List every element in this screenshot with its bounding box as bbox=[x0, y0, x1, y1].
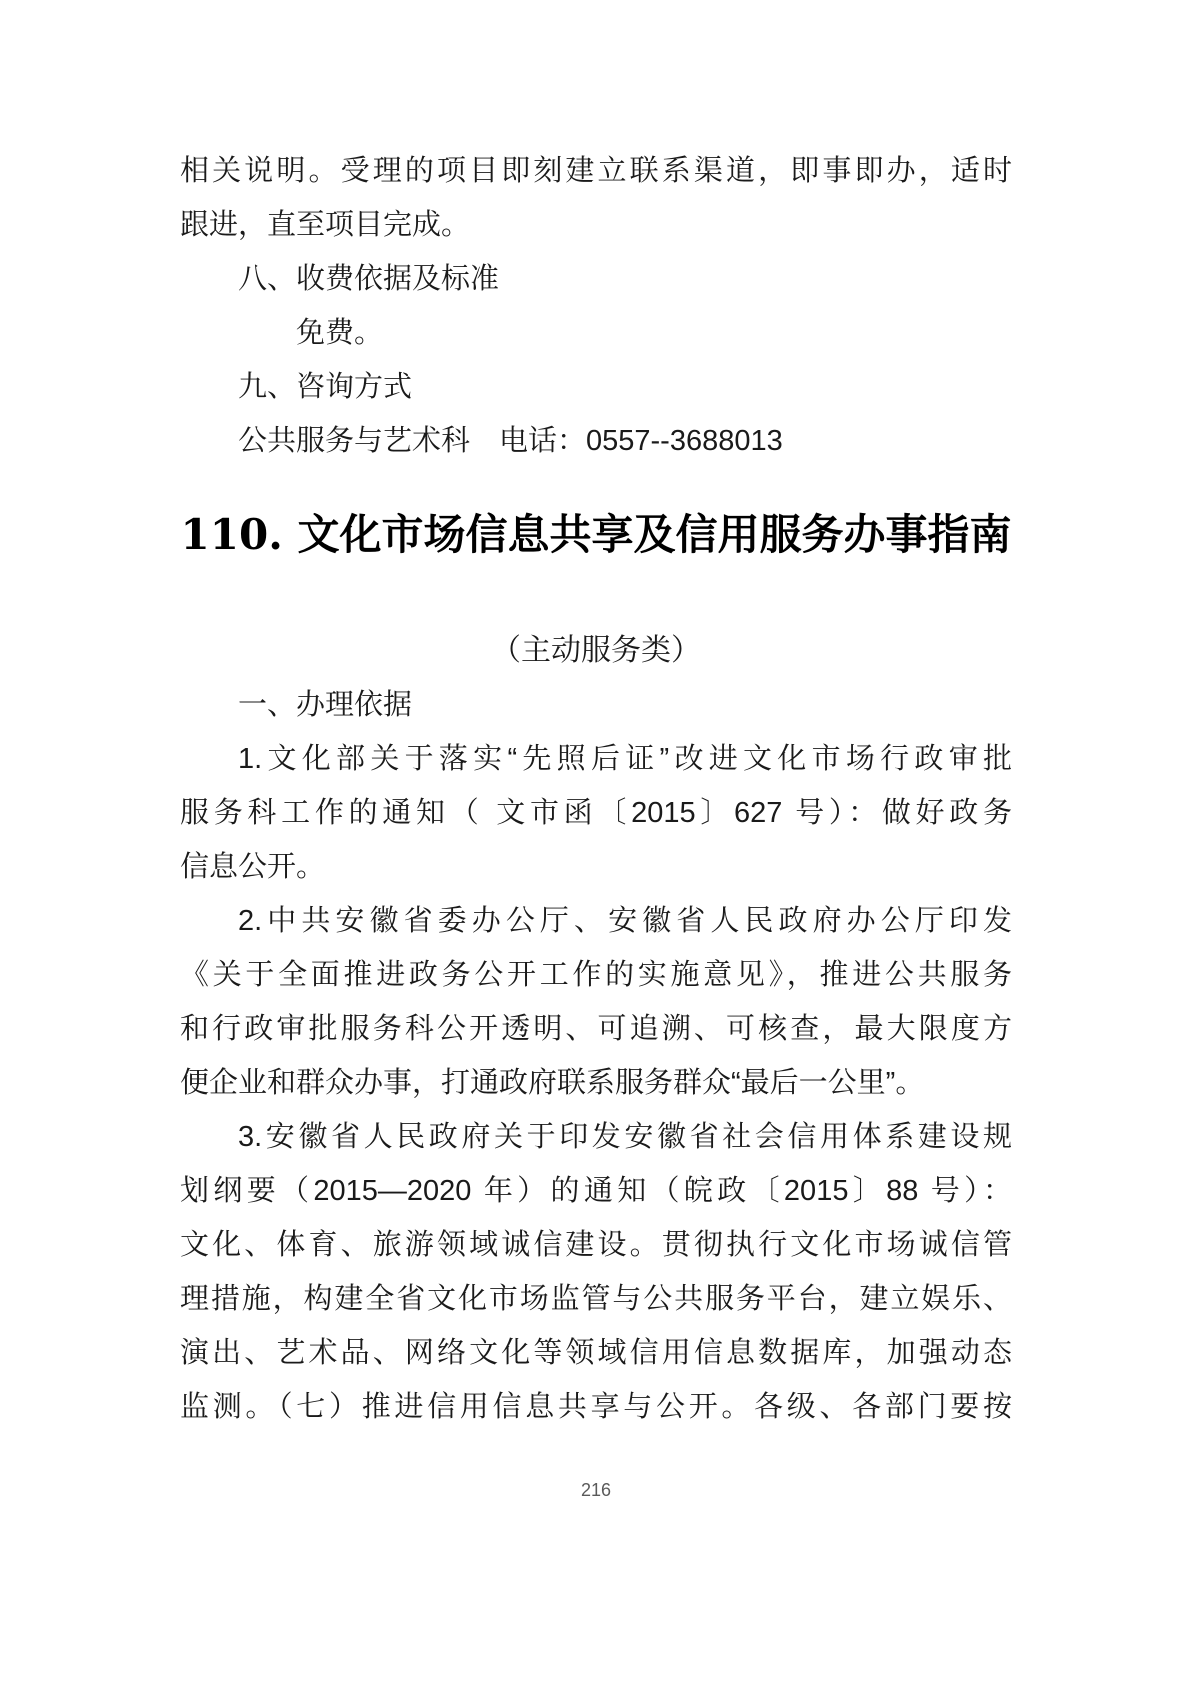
text-line: 和行政审批服务科公开透明、可追溯、可核查，最大限度方 bbox=[180, 1002, 1012, 1056]
text-line: 理措施，构建全省文化市场监管与公共服务平台，建立娱乐、 bbox=[180, 1272, 1012, 1326]
page-number: 216 bbox=[180, 1480, 1012, 1500]
text-line: 信息公开。 bbox=[180, 840, 1012, 894]
document-page: 相关说明。受理的项目即刻建立联系渠道，即事即办，适时 跟进，直至项目完成。 八、… bbox=[0, 0, 1190, 1683]
text-line: 3.安徽省人民政府关于印发安徽省社会信用体系建设规 bbox=[180, 1110, 1012, 1164]
text-line: 免费。 bbox=[180, 306, 1012, 360]
text-line: 2.中共安徽省委办公厅、安徽省人民政府办公厅印发 bbox=[180, 894, 1012, 948]
section-title: 110. 文化市场信息共享及信用服务办事指南 bbox=[180, 502, 1012, 568]
text-line: 监测。（七）推进信用信息共享与公开。各级、各部门要按 bbox=[180, 1380, 1012, 1434]
list-item-heading: 八、收费依据及标准 bbox=[180, 252, 1012, 306]
contact-line: 公共服务与艺术科 电话：0557--3688013 bbox=[180, 414, 1012, 468]
text-line: 相关说明。受理的项目即刻建立联系渠道，即事即办，适时 bbox=[180, 144, 1012, 198]
list-item-heading: 一、办理依据 bbox=[180, 678, 1012, 732]
text-line: 划纲要（2015—2020 年）的通知（皖政〔2015〕88 号）： bbox=[180, 1164, 1012, 1218]
text-line: 服务科工作的通知（ 文市函〔2015〕627 号）：做好政务 bbox=[180, 786, 1012, 840]
text-line: 便企业和群众办事，打通政府联系服务群众“最后一公里”。 bbox=[180, 1056, 1012, 1110]
text-line: 文化、体育、旅游领域诚信建设。贯彻执行文化市场诚信管 bbox=[180, 1218, 1012, 1272]
list-item-heading: 九、咨询方式 bbox=[180, 360, 1012, 414]
text-line: 演出、艺术品、网络文化等领域信用信息数据库，加强动态 bbox=[180, 1326, 1012, 1380]
text-line: 跟进，直至项目完成。 bbox=[180, 198, 1012, 252]
text-line: 《关于全面推进政务公开工作的实施意见》，推进公共服务 bbox=[180, 948, 1012, 1002]
text-line: 1.文化部关于落实“先照后证”改进文化市场行政审批 bbox=[180, 732, 1012, 786]
section-subtitle: （主动服务类） bbox=[180, 624, 1012, 678]
